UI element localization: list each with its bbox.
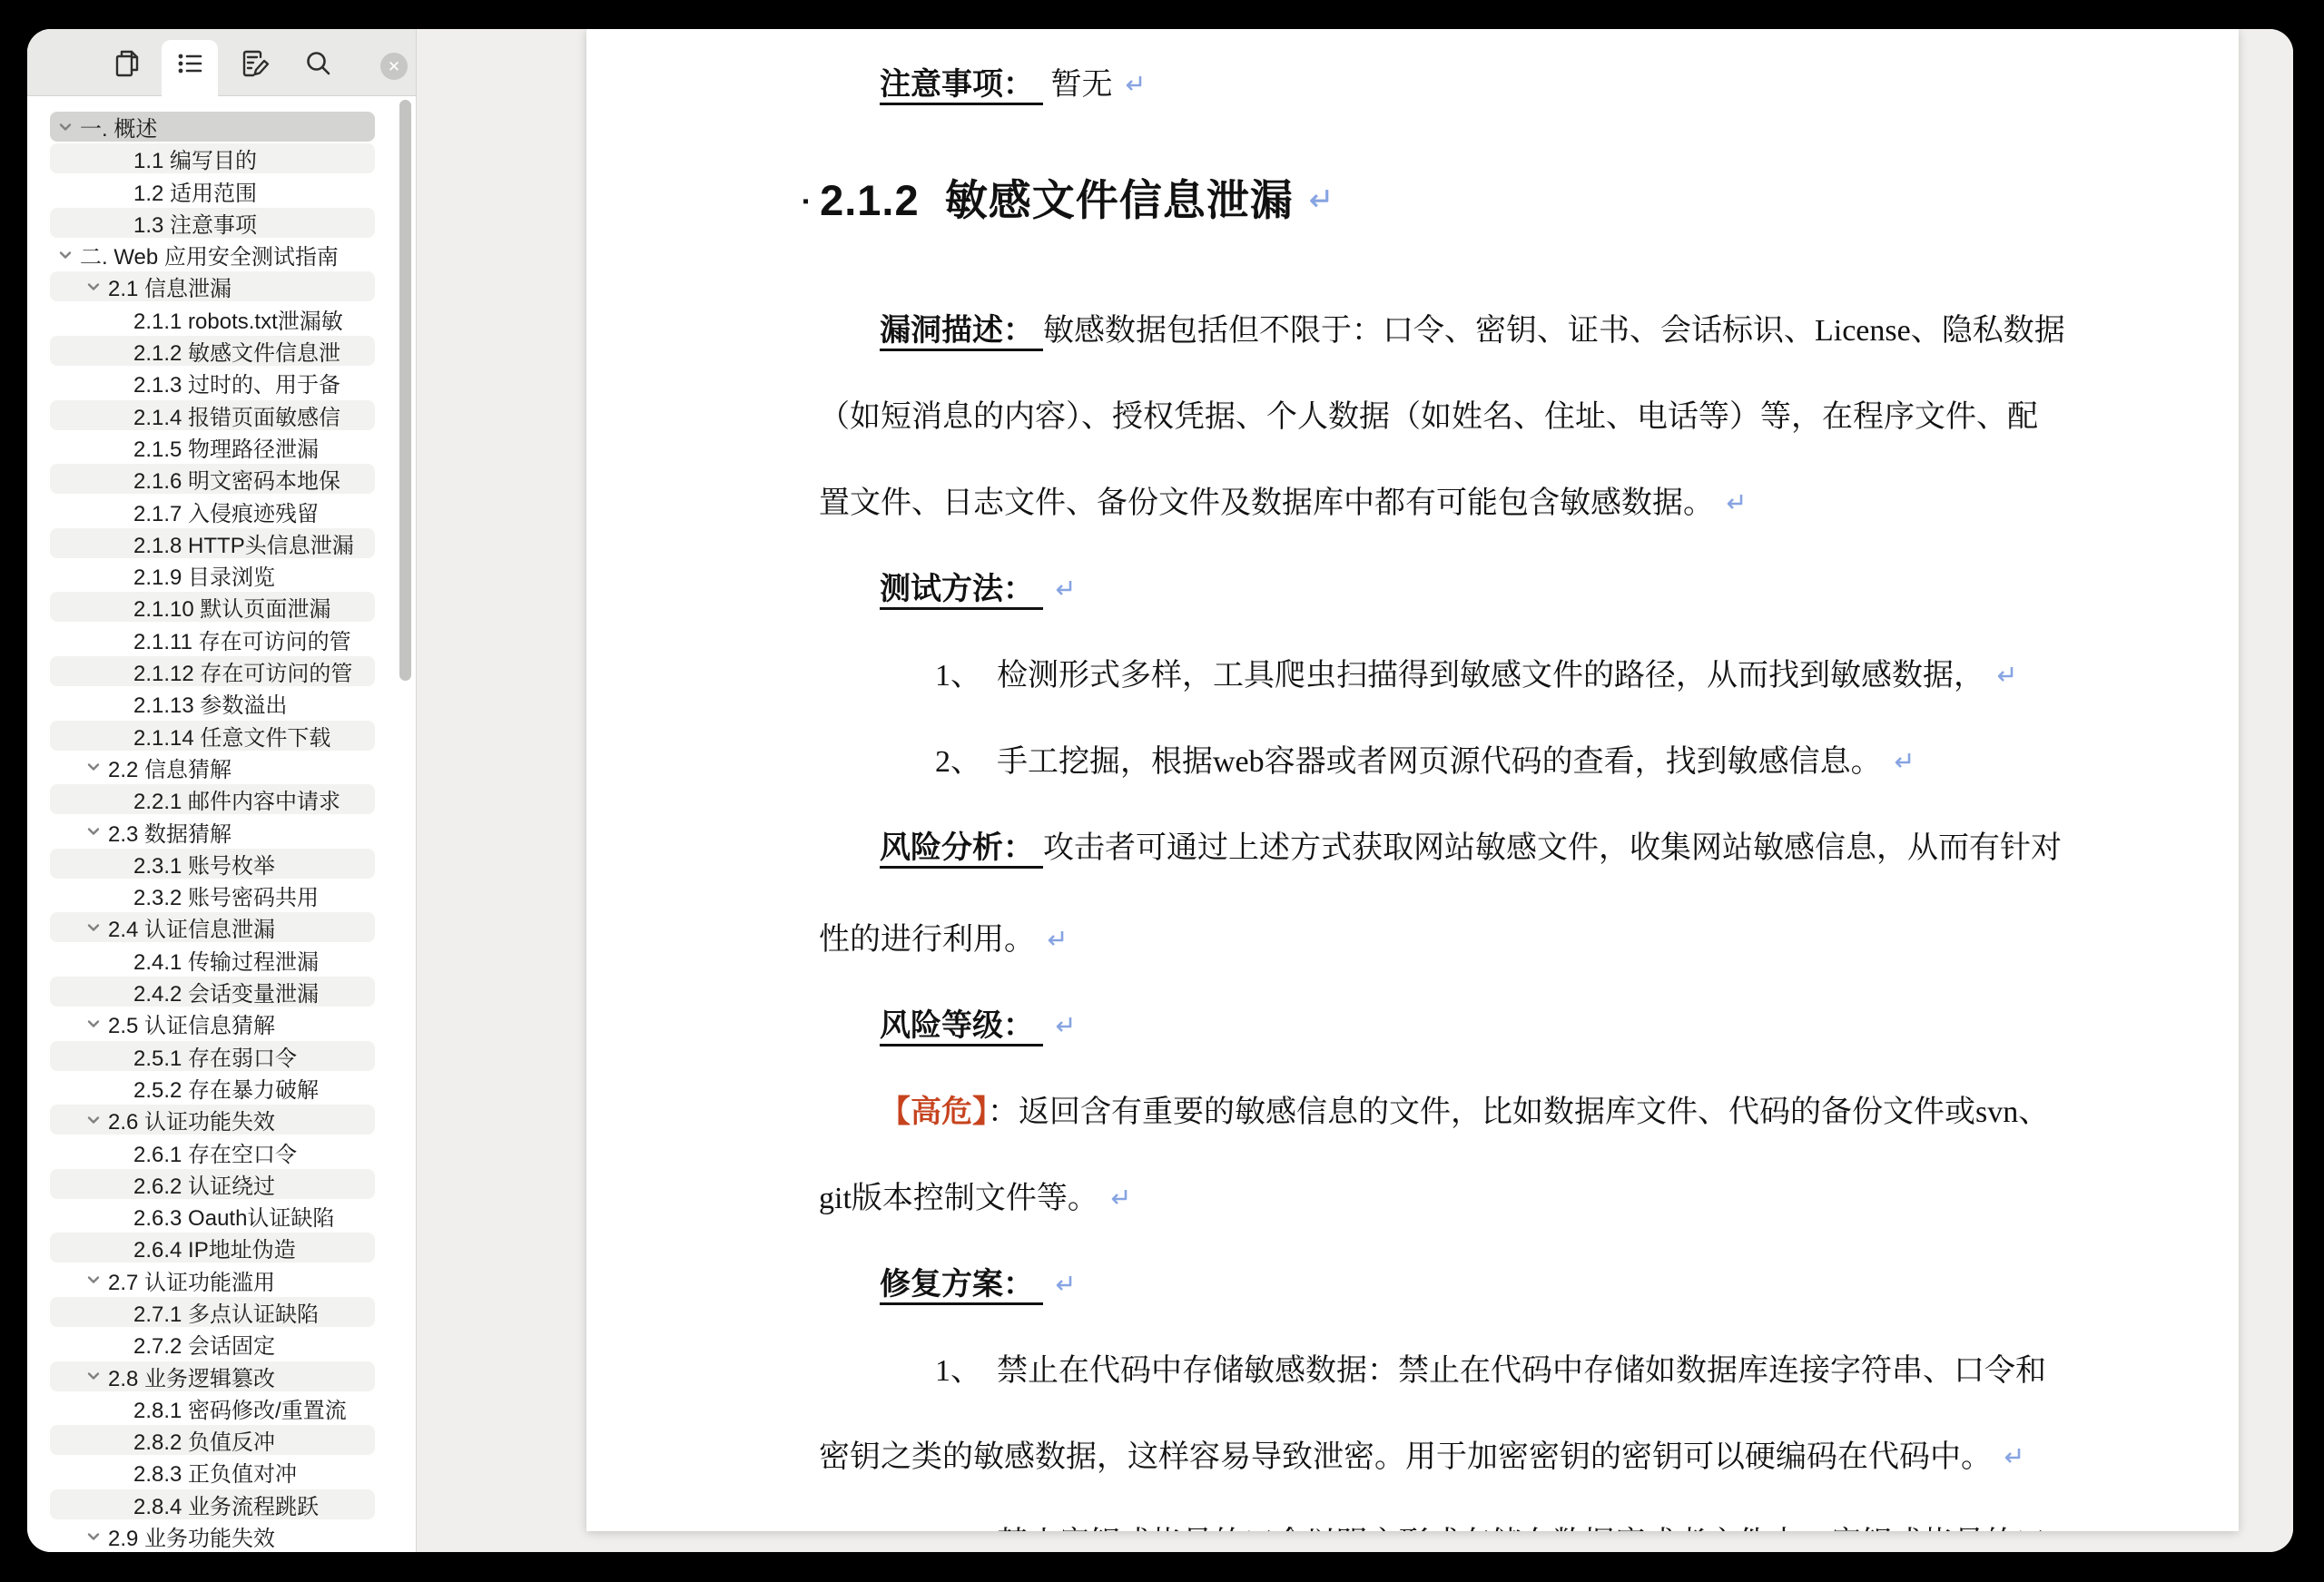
chevron-down-icon[interactable] [84, 1015, 103, 1033]
search-button[interactable] [300, 47, 337, 84]
vuln-desc-line-1: 漏洞描述：敏感数据包括但不限于：口令、密钥、证书、会话标识、License、隐私… [880, 288, 2239, 374]
toc-item[interactable]: 2.1.13 参数溢出 [50, 688, 375, 718]
toc-item-label: 2.7.2 会话固定 [133, 1329, 275, 1359]
list-number: 2、 [935, 719, 997, 805]
chevron-down-icon[interactable] [56, 118, 74, 136]
annotate-icon [237, 45, 273, 86]
toc-item-label: 2.3.1 账号枚举 [133, 849, 275, 879]
close-sidebar-button[interactable]: ✕ [380, 53, 408, 80]
chevron-down-icon[interactable] [84, 758, 103, 776]
toc-item-label: 1.2 适用范围 [133, 176, 257, 206]
toc-item[interactable]: 2.8 业务逻辑篡改 [50, 1361, 375, 1391]
toc-item[interactable]: 2.8.3 正负值对冲 [50, 1457, 375, 1487]
toc-item-label: 2.4.2 会话变量泄漏 [133, 977, 319, 1007]
text-run: 手工挖掘，根据web容器或者网页源代码的查看，找到敏感信息。 [997, 745, 1882, 779]
toc-item-label: 2.1.10 默认页面泄漏 [133, 592, 330, 622]
toc-item[interactable]: 2.6.2 认证绕过 [50, 1169, 375, 1199]
toc-item[interactable]: 2.1.6 明文密码本地保 [50, 464, 375, 494]
text-run: 暂无 [1043, 68, 1113, 102]
toc-item[interactable]: 2.6.1 存在空口令 [50, 1137, 375, 1167]
toc-item[interactable]: 2.1.9 目录浏览 [50, 560, 375, 590]
toc-item-label: 2.1.13 参数溢出 [133, 688, 287, 718]
toc-item[interactable]: 2.1.3 过时的、用于备 [50, 368, 375, 398]
toc-item-label: 2.1.14 任意文件下载 [133, 721, 330, 751]
toc-item-label: 2.6 认证功能失效 [108, 1105, 275, 1135]
toc-item-label: 2.6.2 认证绕过 [133, 1169, 275, 1199]
toc-item-label: 2.8.2 负值反冲 [133, 1425, 275, 1455]
toc-item-label: 2.3 数据猜解 [108, 817, 231, 847]
vuln-desc-line-3: 置文件、日志文件、备份文件及数据库中都有可能包含敏感数据。 [819, 460, 2239, 546]
toc-item[interactable]: 2.7.2 会话固定 [50, 1329, 375, 1359]
chevron-down-icon[interactable] [56, 246, 74, 264]
toc-item[interactable]: 2.6 认证功能失效 [50, 1105, 375, 1135]
toc-item-label: 2.7 认证功能滥用 [108, 1265, 275, 1295]
toc-item-label: 2.8.4 业务流程跳跃 [133, 1489, 319, 1519]
text-run: git版本控制文件等。 [819, 1182, 1098, 1215]
toc-item[interactable]: 2.8.1 密码修改/重置流 [50, 1393, 375, 1423]
toc-item[interactable]: 2.1.14 任意文件下载 [50, 721, 375, 751]
toc-item[interactable]: 1.3 注意事项 [50, 208, 375, 238]
toc-item-label: 2.4.1 传输过程泄漏 [133, 945, 319, 975]
underlined-label: 风险分析： [880, 831, 1043, 869]
text-run: 禁止密钥或帐号的口令以明文形式存储在数据库或者文件中：密钥或帐号的口 [997, 1527, 2046, 1531]
fix-item-1-line-1: 1、禁止在代码中存储敏感数据：禁止在代码中存储如数据库连接字符串、口令和 [935, 1328, 2239, 1414]
chevron-down-icon[interactable] [84, 1367, 103, 1385]
test-method-label: 测试方法： [880, 546, 2239, 633]
list-number: 1、 [935, 1328, 997, 1414]
toc-item[interactable]: 2.4.2 会话变量泄漏 [50, 977, 375, 1007]
chevron-down-icon[interactable] [84, 278, 103, 296]
underlined-label: 修复方案： [880, 1268, 1043, 1305]
toc-item-label: 2.2 信息猜解 [108, 752, 231, 782]
toc-item-label: 2.1 信息泄漏 [108, 271, 231, 301]
toc-item[interactable]: 2.5 认证信息猜解 [50, 1008, 375, 1038]
toc-item-label: 2.8 业务逻辑篡改 [108, 1361, 275, 1391]
toc-item[interactable]: 2.7 认证功能滥用 [50, 1265, 375, 1295]
toc-button[interactable] [172, 47, 208, 84]
toc-item[interactable]: 2.2.1 邮件内容中请求 [50, 784, 375, 814]
toc-item[interactable]: 2.2 信息猜解 [50, 752, 375, 782]
toc-item[interactable]: 2.7.1 多点认证缺陷 [50, 1297, 375, 1327]
list-number: 1、 [935, 633, 997, 719]
fix-item-1-line-2: 密钥之类的敏感数据，这样容易导致泄密。用于加密密钥的密钥可以硬编码在代码中。 [819, 1414, 2239, 1500]
toc-item[interactable]: 2.1.10 默认页面泄漏 [50, 592, 375, 622]
section-heading: ▪2.1.2 敏感文件信息泄漏 [803, 151, 2239, 251]
toc-item-label: 2.1.9 目录浏览 [133, 560, 275, 590]
text-run: （如短消息的内容）、授权凭据、个人数据（如姓名、住址、电话等）等，在程序文件、配 [819, 400, 2038, 434]
chevron-down-icon[interactable] [84, 822, 103, 840]
screenshot-root: { "colors":{ "accent_red":"#c6431e", "ma… [0, 0, 2324, 1582]
toc-item[interactable]: 2.6.3 Oauth认证缺陷 [50, 1201, 375, 1231]
toc-item-label: 1.1 编写目的 [133, 143, 257, 173]
text-run: 置文件、日志文件、备份文件及数据库中都有可能包含敏感数据。 [819, 486, 1714, 520]
toc-item[interactable]: 2.1.4 报错页面敏感信 [50, 400, 375, 430]
toc-item[interactable]: 1.2 适用范围 [50, 176, 375, 206]
test-method-item-1: 1、检测形式多样，工具爬虫扫描得到敏感文件的路径，从而找到敏感数据， [935, 633, 2239, 719]
toc-item-label: 2.5 认证信息猜解 [108, 1008, 275, 1038]
document-canvas: 注意事项： 暂无▪2.1.2 敏感文件信息泄漏漏洞描述：敏感数据包括但不限于：口… [417, 29, 2293, 1552]
toc-item-label: 2.1.8 HTTP头信息泄漏 [133, 528, 354, 558]
text-run: 2.1.2 敏感文件信息泄漏 [820, 176, 1294, 224]
annotations-button[interactable] [237, 47, 273, 84]
note-line: 注意事项： 暂无 [880, 42, 2239, 128]
fix-item-2-line-1: 2、禁止密钥或帐号的口令以明文形式存储在数据库或者文件中：密钥或帐号的口 [935, 1500, 2239, 1531]
toc-item-label: 二. Web 应用安全测试指南 [80, 240, 339, 270]
toc-item-label: 一. 概述 [80, 112, 157, 142]
toc-item-label: 1.3 注意事项 [133, 208, 257, 238]
heading-bullet: ▪ [803, 192, 809, 211]
text-run: ：返回含有重要的敏感信息的文件，比如数据库文件、代码的备份文件或svn、 [988, 1096, 2049, 1129]
chevron-down-icon[interactable] [84, 1271, 103, 1289]
toc-item-label: 2.8.3 正负值对冲 [133, 1457, 297, 1487]
toc-item-label: 2.1.1 robots.txt泄漏敏 [133, 304, 343, 334]
text-run: 密钥之类的敏感数据，这样容易导致泄密。用于加密密钥的密钥可以硬编码在代码中。 [819, 1440, 1992, 1474]
toc-item-label: 2.1.6 明文密码本地保 [133, 464, 340, 494]
pages-icon [109, 45, 145, 86]
toc-item-label: 2.2.1 邮件内容中请求 [133, 784, 340, 814]
risk-level-label: 风险等级： [880, 983, 2239, 1069]
toc-item-label: 2.4 认证信息泄漏 [108, 912, 275, 942]
toc-item-label: 2.9 业务功能失效 [108, 1521, 275, 1551]
toc-item-label: 2.1.3 过时的、用于备 [133, 368, 340, 398]
toc-item[interactable]: 2.3.2 账号密码共用 [50, 880, 375, 910]
toc-item-label: 2.1.12 存在可访问的管 [133, 656, 352, 686]
toc-item[interactable]: 2.1.7 入侵痕迹残留 [50, 496, 375, 526]
toc-item[interactable]: 2.3 数据猜解 [50, 817, 375, 847]
toc-item[interactable]: 一. 概述 [50, 112, 375, 142]
search-icon [300, 45, 337, 86]
test-method-item-2: 2、手工挖掘，根据web容器或者网页源代码的查看，找到敏感信息。 [935, 719, 2239, 805]
risk-analysis-line-1: 风险分析：攻击者可通过上述方式获取网站敏感文件，收集网站敏感信息，从而有针对 [880, 805, 2239, 891]
toc-item-label: 2.1.4 报错页面敏感信 [133, 400, 340, 430]
toc-item-label: 2.8.1 密码修改/重置流 [133, 1393, 347, 1423]
toc-item[interactable]: 2.8.2 负值反冲 [50, 1425, 375, 1455]
toc-item-label: 2.6.4 IP地址伪造 [133, 1233, 296, 1263]
thumbnails-button[interactable] [109, 47, 145, 84]
toc-item[interactable]: 2.1.2 敏感文件信息泄 [50, 336, 375, 366]
toc-item[interactable]: 2.1.11 存在可访问的管 [50, 624, 375, 654]
underlined-label: 测试方法： [880, 573, 1043, 610]
underlined-label: 注意事项： [880, 68, 1043, 105]
underlined-label: 漏洞描述： [880, 314, 1043, 351]
toc-item[interactable]: 2.1.8 HTTP头信息泄漏 [50, 528, 375, 558]
toc-item-label: 2.1.7 入侵痕迹残留 [133, 496, 319, 526]
toc-item-label: 2.7.1 多点认证缺陷 [133, 1297, 319, 1327]
risk-analysis-line-2: 性的进行利用。 [819, 897, 2239, 983]
text-run: 攻击者可通过上述方式获取网站敏感文件，收集网站敏感信息，从而有针对 [1043, 831, 2062, 865]
risk-level-line-1: 【高危】：返回含有重要的敏感信息的文件，比如数据库文件、代码的备份文件或svn、 [880, 1069, 2239, 1155]
toc-item[interactable]: 2.4 认证信息泄漏 [50, 912, 375, 942]
text-run: 检测形式多样，工具爬虫扫描得到敏感文件的路径，从而找到敏感数据， [997, 659, 1984, 693]
toc-item[interactable]: 1.1 编写目的 [50, 143, 375, 173]
app-window: ✕ 一. 概述1.1 编写目的1.2 适用范围1.3 注意事项二. Web 应用… [27, 29, 2293, 1552]
document-page: 注意事项： 暂无▪2.1.2 敏感文件信息泄漏漏洞描述：敏感数据包括但不限于：口… [586, 29, 2239, 1531]
toc-item[interactable]: 2.1.1 robots.txt泄漏敏 [50, 304, 375, 334]
risk-level-line-2: git版本控制文件等。 [819, 1155, 2239, 1242]
toc-item-label: 2.5.2 存在暴力破解 [133, 1073, 319, 1103]
text-run: 敏感数据包括但不限于：口令、密钥、证书、会话标识、License、隐私数据 [1043, 314, 2065, 348]
toc-item[interactable]: 2.1 信息泄漏 [50, 271, 375, 301]
toc-item-label: 2.1.11 存在可访问的管 [133, 624, 351, 654]
toc-item[interactable]: 2.9 业务功能失效 [50, 1521, 375, 1551]
toc-item-label: 2.6.1 存在空口令 [133, 1137, 297, 1167]
toc-item[interactable]: 2.5.2 存在暴力破解 [50, 1073, 375, 1103]
chevron-down-icon[interactable] [84, 1111, 103, 1129]
chevron-down-icon[interactable] [84, 919, 103, 937]
fix-label: 修复方案： [880, 1242, 2239, 1328]
chevron-down-icon[interactable] [84, 1528, 103, 1546]
toc-item[interactable]: 2.6.4 IP地址伪造 [50, 1233, 375, 1263]
toc-item[interactable]: 2.3.1 账号枚举 [50, 849, 375, 879]
toc-item-label: 2.6.3 Oauth认证缺陷 [133, 1201, 334, 1231]
sidebar-scrollbar-thumb[interactable] [399, 100, 411, 681]
toc-item[interactable]: 二. Web 应用安全测试指南 [50, 240, 375, 270]
list-number: 2、 [935, 1500, 997, 1531]
toc-item[interactable]: 2.5.1 存在弱口令 [50, 1041, 375, 1071]
text-run: 性的进行利用。 [819, 923, 1035, 957]
text-run: 禁止在代码中存储敏感数据：禁止在代码中存储如数据库连接字符串、口令和 [997, 1354, 2046, 1388]
toc-item[interactable]: 2.1.5 物理路径泄漏 [50, 432, 375, 462]
sidebar-toolbar: ✕ [27, 29, 416, 96]
close-icon: ✕ [388, 59, 400, 74]
vuln-desc-line-2: （如短消息的内容）、授权凭据、个人数据（如姓名、住址、电话等）等，在程序文件、配 [819, 374, 2239, 460]
toc-list-icon [172, 45, 208, 86]
underlined-label: 风险等级： [880, 1009, 1043, 1046]
sidebar: ✕ 一. 概述1.1 编写目的1.2 适用范围1.3 注意事项二. Web 应用… [27, 29, 417, 1552]
high-risk-badge: 【高危】 [880, 1096, 988, 1129]
toc-item-label: 2.1.5 物理路径泄漏 [133, 432, 319, 462]
toc-list: 一. 概述1.1 编写目的1.2 适用范围1.3 注意事项二. Web 应用安全… [27, 95, 416, 1552]
toc-item[interactable]: 2.8.4 业务流程跳跃 [50, 1489, 375, 1519]
toc-item[interactable]: 2.1.12 存在可访问的管 [50, 656, 375, 686]
toc-item[interactable]: 2.4.1 传输过程泄漏 [50, 945, 375, 975]
toc-item-label: 2.5.1 存在弱口令 [133, 1041, 297, 1071]
toc-item-label: 2.3.2 账号密码共用 [133, 880, 319, 910]
toc-item-label: 2.1.2 敏感文件信息泄 [133, 336, 340, 366]
